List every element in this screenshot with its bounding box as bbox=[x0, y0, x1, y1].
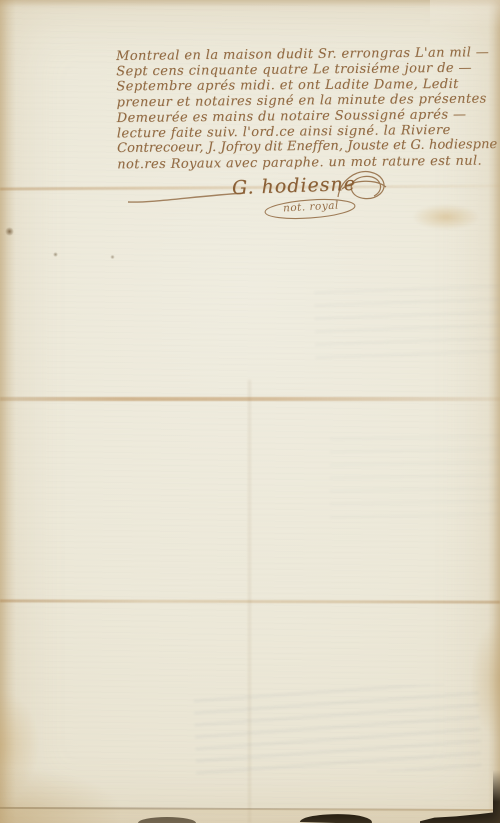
manuscript-page: Montreal en la maison dudit Sr. errongra… bbox=[0, 0, 500, 823]
scanned-document-photo: Montreal en la maison dudit Sr. errongra… bbox=[0, 0, 500, 823]
aging-vignette bbox=[0, 0, 500, 823]
